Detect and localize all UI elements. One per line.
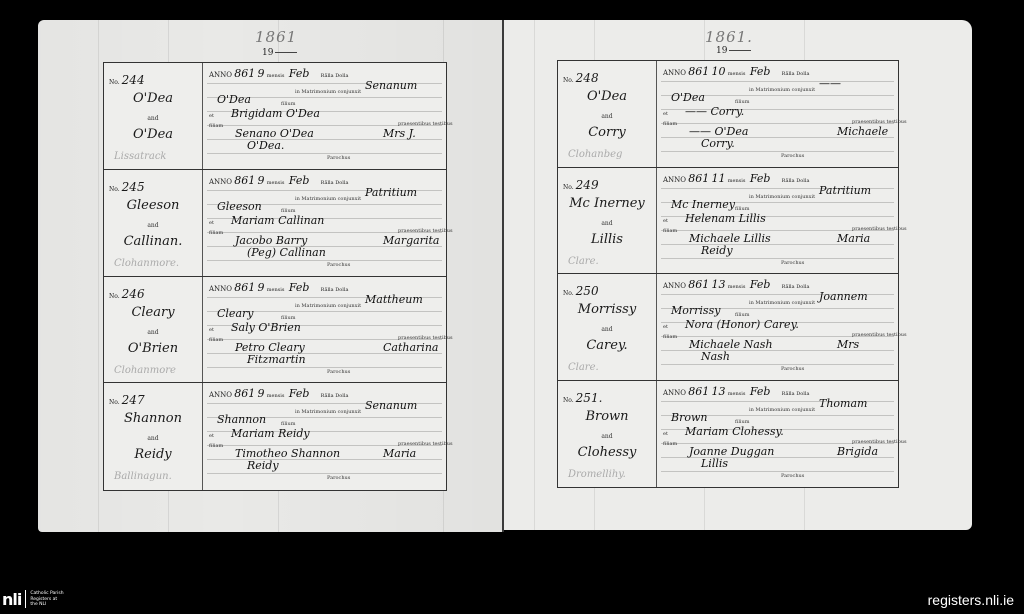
bride-father-line2: O'Dea.	[247, 139, 284, 152]
groom-forename: Senanum	[365, 79, 417, 92]
entry-names-column: No.251. Brown and Clohessy Dromellihy.	[558, 381, 657, 488]
no-label: No.	[109, 186, 120, 193]
entry-names-column: No.250 Morrissy and Carey. Clare.	[558, 274, 657, 380]
entry-number-value: 248	[576, 71, 599, 85]
anno-date-line: ANNO 861 11 mensis Feb Rãlla Dolla	[663, 172, 809, 185]
parochus-label: Parochus	[781, 153, 804, 159]
marriage-entry: No.249 Mc Inerney and Lillis Clare. ANNO…	[558, 168, 898, 275]
anno-label: ANNO	[209, 285, 232, 293]
groom-surname: O'Dea	[558, 89, 656, 104]
anno-day: 9	[258, 174, 265, 187]
entry-number-value: 249	[576, 178, 599, 192]
groom-surname-detail: Morrissy	[671, 304, 720, 317]
groom-surname-detail: Brown	[671, 411, 707, 424]
anno-label: ANNO	[663, 389, 686, 397]
die-label: Rãlla Dolla	[321, 287, 349, 293]
witness: Mrs J.	[383, 127, 416, 140]
anno-day: 10	[712, 65, 726, 78]
anno-date-line: ANNO 861 10 mensis Feb Rãlla Dolla	[663, 65, 809, 78]
et-label: et	[663, 324, 668, 330]
et-label: et	[209, 220, 214, 226]
anno-label: ANNO	[663, 282, 686, 290]
witness: Michaele	[837, 125, 888, 138]
and-label: and	[104, 435, 202, 442]
anno-day: 11	[712, 172, 726, 185]
right-page-year: 1861.	[705, 28, 753, 46]
no-label: No.	[563, 290, 574, 297]
townland: Ballinagun.	[114, 471, 172, 482]
entry-number-value: 251.	[576, 391, 603, 405]
bride-name: Helenam Lillis	[685, 212, 766, 225]
logo-text-line: Catholic Parish	[30, 591, 63, 596]
et-label: et	[209, 433, 214, 439]
groom-forename: Senanum	[365, 399, 417, 412]
mensis-label: mensis	[267, 180, 285, 186]
logo-mark: nli	[2, 592, 21, 608]
anno-month: Feb	[750, 385, 771, 398]
et-label: et	[663, 111, 668, 117]
entry-detail-column: ANNO 861 9 mensis Feb Rãlla Dolla in Mat…	[203, 170, 446, 276]
anno-label: ANNO	[663, 176, 686, 184]
groom-forename: ——	[819, 77, 841, 90]
in-matrimonium-label: in Matrimonium conjunxit	[295, 89, 361, 95]
witness: Catharina	[383, 341, 438, 354]
logo-text-line: Registers at	[30, 597, 57, 602]
filiam-label: filiam	[663, 228, 677, 234]
anno-label: ANNO	[209, 391, 232, 399]
groom-surname-detail: O'Dea	[217, 93, 251, 106]
entry-number: No.247	[109, 393, 145, 407]
logo-text: Catholic Parish Registers at the NLI	[30, 591, 63, 608]
mensis-label: mensis	[267, 73, 285, 79]
nli-logo: nli Catholic Parish Registers at the NLI	[2, 590, 64, 608]
parochus-label: Parochus	[327, 369, 350, 375]
and-label: and	[104, 329, 202, 336]
parochus-label: Parochus	[327, 262, 350, 268]
bride-surname: Clohessy	[558, 445, 656, 460]
groom-surname: Morrissy	[558, 302, 656, 317]
et-label: et	[663, 218, 668, 224]
anno-month: Feb	[289, 281, 310, 294]
entry-detail-column: ANNO 861 10 mensis Feb Rãlla Dolla in Ma…	[657, 61, 898, 167]
anno-month: Feb	[750, 172, 771, 185]
bride-father-line2: Corry.	[701, 137, 735, 150]
anno-year: 861	[234, 387, 255, 400]
no-label: No.	[563, 397, 574, 404]
groom-surname: Mc Inerney	[558, 196, 656, 211]
filiam-label: filiam	[209, 443, 223, 449]
townland: Clare.	[568, 256, 599, 267]
et-label: et	[209, 113, 214, 119]
left-page-year: 1861	[255, 28, 297, 46]
entry-number: No.250	[563, 284, 599, 298]
entry-names-column: No.249 Mc Inerney and Lillis Clare.	[558, 168, 657, 274]
entry-number: No.249	[563, 178, 599, 192]
in-matrimonium-label: in Matrimonium conjunxit	[749, 300, 815, 306]
no-label: No.	[563, 77, 574, 84]
bride-surname: Reidy	[104, 447, 202, 462]
entry-number-value: 246	[122, 287, 145, 301]
entry-names-column: No.247 Shannon and Reidy Ballinagun.	[104, 383, 203, 490]
townland: Clohanmore	[114, 365, 176, 376]
bride-father-line2: Reidy	[701, 244, 733, 257]
anno-month: Feb	[289, 387, 310, 400]
parochus-label: Parochus	[327, 155, 350, 161]
and-label: and	[558, 433, 656, 440]
anno-year: 861	[234, 174, 255, 187]
right-marriage-register: No.248 O'Dea and Corry Clohanbeg ANNO 86…	[557, 60, 899, 488]
die-label: Rãlla Dolla	[782, 284, 810, 290]
witness: Brigida	[837, 445, 878, 458]
anno-date-line: ANNO 861 9 mensis Feb Rãlla Dolla	[209, 281, 348, 294]
anno-date-line: ANNO 861 13 mensis Feb Rãlla Dolla	[663, 385, 809, 398]
bride-name: Nora (Honor) Carey.	[685, 318, 799, 331]
witness: Maria	[383, 447, 416, 460]
et-label: et	[663, 431, 668, 437]
anno-day: 13	[712, 385, 726, 398]
left-marriage-register: No.244 O'Dea and O'Dea Lissatrack ANNO 8…	[103, 62, 447, 491]
and-label: and	[558, 113, 656, 120]
bride-father-line2: (Peg) Callinan	[247, 246, 326, 259]
marriage-entry: No.245 Gleeson and Callinan. Clohanmore.…	[104, 170, 446, 277]
marriage-entry: No.244 O'Dea and O'Dea Lissatrack ANNO 8…	[104, 63, 446, 170]
anno-month: Feb	[750, 278, 771, 291]
groom-forename: Patritium	[365, 186, 417, 199]
parochus-label: Parochus	[781, 473, 804, 479]
bride-surname: Corry	[558, 125, 656, 140]
marriage-entry: No.250 Morrissy and Carey. Clare. ANNO 8…	[558, 274, 898, 381]
groom-surname-detail: Mc Inerney	[671, 198, 735, 211]
anno-year: 861	[688, 385, 709, 398]
entry-detail-column: ANNO 861 9 mensis Feb Rãlla Dolla in Mat…	[203, 383, 446, 490]
and-label: and	[558, 220, 656, 227]
anno-date-line: ANNO 861 9 mensis Feb Rãlla Dolla	[209, 174, 348, 187]
filiam-label: filiam	[209, 123, 223, 129]
townland: Dromellihy.	[568, 469, 626, 480]
no-label: No.	[109, 79, 120, 86]
mensis-label: mensis	[728, 284, 746, 290]
townland: Lissatrack	[114, 151, 167, 162]
and-label: and	[558, 326, 656, 333]
townland: Clohanbeg	[568, 149, 622, 160]
bride-father-line2: Nash	[701, 350, 730, 363]
filiam-label: filiam	[209, 230, 223, 236]
entry-number: No.246	[109, 287, 145, 301]
site-url-link[interactable]: registers.nli.ie	[928, 592, 1014, 608]
in-matrimonium-label: in Matrimonium conjunxit	[295, 409, 361, 415]
in-matrimonium-label: in Matrimonium conjunxit	[295, 196, 361, 202]
entry-number: No.248	[563, 71, 599, 85]
witness: Margarita	[383, 234, 439, 247]
groom-forename: Mattheum	[365, 293, 423, 306]
witness: Maria	[837, 232, 870, 245]
mensis-label: mensis	[267, 287, 285, 293]
bride-surname: O'Brien	[104, 341, 202, 356]
entry-names-column: No.244 O'Dea and O'Dea Lissatrack	[104, 63, 203, 169]
groom-surname: Gleeson	[104, 198, 202, 213]
groom-forename: Joannem	[819, 290, 868, 303]
et-label: et	[209, 327, 214, 333]
right-page-year-prefix: 19	[716, 46, 751, 56]
bride-surname: Callinan.	[104, 234, 202, 249]
entry-detail-column: ANNO 861 11 mensis Feb Rãlla Dolla in Ma…	[657, 168, 898, 274]
anno-month: Feb	[289, 67, 310, 80]
groom-surname-detail: Gleeson	[217, 200, 262, 213]
entry-detail-column: ANNO 861 9 mensis Feb Rãlla Dolla in Mat…	[203, 277, 446, 383]
mensis-label: mensis	[728, 71, 746, 77]
entry-number-value: 245	[122, 180, 145, 194]
entry-detail-column: ANNO 861 13 mensis Feb Rãlla Dolla in Ma…	[657, 381, 898, 488]
in-matrimonium-label: in Matrimonium conjunxit	[749, 407, 815, 413]
bride-name: Brigidam O'Dea	[231, 107, 320, 120]
in-matrimonium-label: in Matrimonium conjunxit	[749, 87, 815, 93]
bride-surname: Lillis	[558, 232, 656, 247]
entry-number-value: 250	[576, 284, 599, 298]
marriage-entry: No.248 O'Dea and Corry Clohanbeg ANNO 86…	[558, 61, 898, 168]
anno-date-line: ANNO 861 9 mensis Feb Rãlla Dolla	[209, 67, 348, 80]
entry-number: No.251.	[563, 391, 602, 405]
die-label: Rãlla Dolla	[782, 178, 810, 184]
anno-day: 9	[258, 281, 265, 294]
groom-forename: Patritium	[819, 184, 871, 197]
mensis-label: mensis	[267, 393, 285, 399]
die-label: Rãlla Dolla	[321, 73, 349, 79]
logo-divider	[25, 590, 26, 608]
mensis-label: mensis	[728, 391, 746, 397]
anno-month: Feb	[750, 65, 771, 78]
groom-surname: Shannon	[104, 411, 202, 426]
parochus-label: Parochus	[781, 366, 804, 372]
bride-name: Mariam Callinan	[231, 214, 324, 227]
groom-surname: Cleary	[104, 305, 202, 320]
groom-surname: O'Dea	[104, 91, 202, 106]
die-label: Rãlla Dolla	[321, 180, 349, 186]
bride-name: —— Corry.	[685, 105, 744, 118]
anno-year: 861	[688, 278, 709, 291]
entry-number-value: 244	[122, 73, 145, 87]
groom-surname: Brown	[558, 409, 656, 424]
bride-father-line2: Reidy	[247, 459, 279, 472]
left-page-year-prefix: 19	[262, 48, 297, 58]
entry-detail-column: ANNO 861 9 mensis Feb Rãlla Dolla in Mat…	[203, 63, 446, 169]
anno-day: 9	[258, 387, 265, 400]
groom-surname-detail: Cleary	[217, 307, 253, 320]
anno-year: 861	[234, 67, 255, 80]
anno-year: 861	[688, 172, 709, 185]
bride-father-line2: Lillis	[701, 457, 728, 470]
entry-number-value: 247	[122, 393, 145, 407]
in-matrimonium-label: in Matrimonium conjunxit	[749, 194, 815, 200]
no-label: No.	[109, 293, 120, 300]
mensis-label: mensis	[728, 178, 746, 184]
bride-surname: Carey.	[558, 338, 656, 353]
in-matrimonium-label: in Matrimonium conjunxit	[295, 303, 361, 309]
anno-date-line: ANNO 861 13 mensis Feb Rãlla Dolla	[663, 278, 809, 291]
anno-year: 861	[688, 65, 709, 78]
marriage-entry: No.247 Shannon and Reidy Ballinagun. ANN…	[104, 383, 446, 490]
anno-label: ANNO	[663, 69, 686, 77]
filiam-label: filiam	[663, 441, 677, 447]
filiam-label: filiam	[663, 121, 677, 127]
entry-number: No.245	[109, 180, 145, 194]
anno-day: 9	[258, 67, 265, 80]
parochus-label: Parochus	[327, 475, 350, 481]
anno-date-line: ANNO 861 9 mensis Feb Rãlla Dolla	[209, 387, 348, 400]
townland: Clohanmore.	[114, 258, 179, 269]
groom-forename: Thomam	[819, 397, 867, 410]
entry-names-column: No.245 Gleeson and Callinan. Clohanmore.	[104, 170, 203, 276]
bride-father-line2: Fitzmartin	[247, 353, 306, 366]
groom-surname-detail: O'Dea	[671, 91, 705, 104]
anno-day: 13	[712, 278, 726, 291]
townland: Clare.	[568, 362, 599, 373]
marriage-entry: No.246 Cleary and O'Brien Clohanmore ANN…	[104, 277, 446, 384]
and-label: and	[104, 222, 202, 229]
parochus-label: Parochus	[781, 260, 804, 266]
marriage-entry: No.251. Brown and Clohessy Dromellihy. A…	[558, 381, 898, 488]
entry-names-column: No.246 Cleary and O'Brien Clohanmore	[104, 277, 203, 383]
logo-text-line: the NLI	[30, 602, 46, 607]
anno-year: 861	[234, 281, 255, 294]
bride-name: Mariam Reidy	[231, 427, 310, 440]
bride-surname: O'Dea	[104, 127, 202, 142]
and-label: and	[104, 115, 202, 122]
anno-label: ANNO	[209, 178, 232, 186]
anno-month: Feb	[289, 174, 310, 187]
entry-names-column: No.248 O'Dea and Corry Clohanbeg	[558, 61, 657, 167]
die-label: Rãlla Dolla	[782, 71, 810, 77]
die-label: Rãlla Dolla	[782, 391, 810, 397]
entry-detail-column: ANNO 861 13 mensis Feb Rãlla Dolla in Ma…	[657, 274, 898, 380]
die-label: Rãlla Dolla	[321, 393, 349, 399]
filiam-label: filiam	[209, 337, 223, 343]
entry-number: No.244	[109, 73, 145, 87]
no-label: No.	[109, 399, 120, 406]
groom-surname-detail: Shannon	[217, 413, 266, 426]
anno-label: ANNO	[209, 71, 232, 79]
witness: Mrs	[837, 338, 859, 351]
no-label: No.	[563, 184, 574, 191]
praesentibus-label: praesentibus testibus	[852, 332, 907, 338]
filiam-label: filiam	[663, 334, 677, 340]
bride-name: Mariam Clohessy.	[685, 425, 784, 438]
bride-name: Saly O'Brien	[231, 321, 301, 334]
